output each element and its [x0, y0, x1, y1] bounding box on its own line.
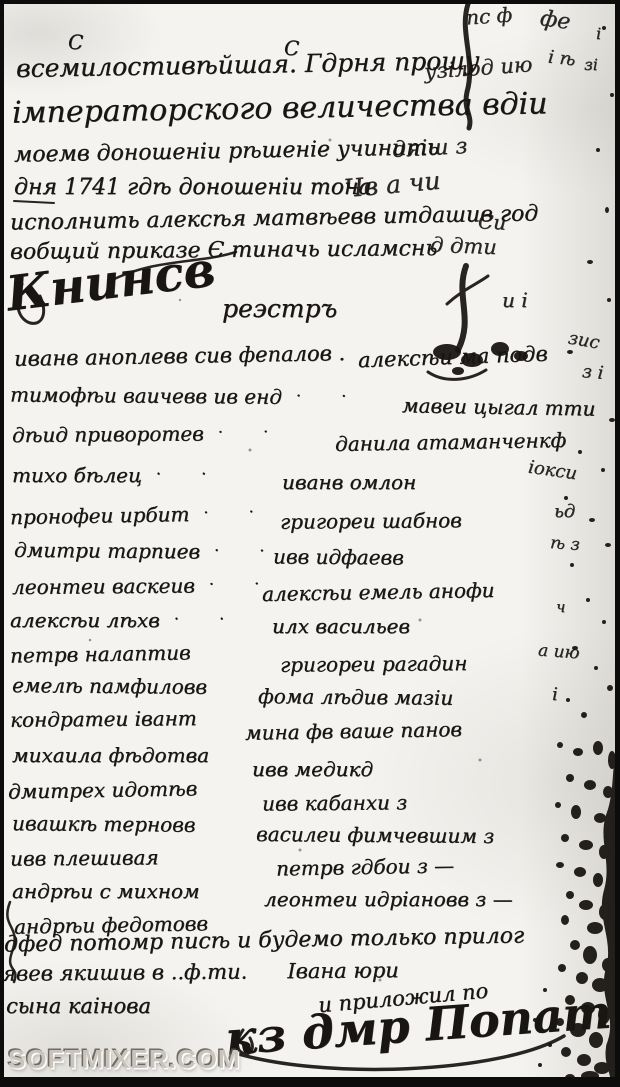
register-left-entry: ивашкѣ терновв: [12, 813, 196, 835]
entry-text: дмитри тарпиев: [14, 538, 200, 564]
margin-note: зі: [584, 57, 598, 73]
entry-text: кондратеи івант: [10, 706, 197, 732]
entry-text: емелѣ памфиловв: [12, 673, 207, 699]
leader-dots: · ·: [174, 609, 234, 628]
entry-text: леонтеи васкеив: [12, 574, 195, 600]
leader-dots: · ·: [156, 464, 216, 483]
margin-note: фе: [539, 8, 572, 34]
register-left-entry: андрѣи с михном: [12, 881, 200, 901]
closing-line: явев якишив в ..ф.ти. Івана юри: [2, 960, 399, 984]
margin-note: и і: [502, 290, 528, 310]
entry-text: тимофѣи ваичевв ив енд: [10, 382, 282, 408]
margin-note: Си: [477, 211, 506, 232]
register-left-entry: иванв аноплевв сив фепалов .: [14, 343, 345, 370]
register-right-entry: мина фв ваше панов: [245, 719, 462, 743]
margin-note: зис: [567, 329, 601, 352]
register-left-entry: петрв налаптив: [10, 642, 191, 665]
leader-dots: · ·: [214, 541, 275, 561]
petition-line: всемилостивѣйшая. Гдрня прошу: [16, 48, 480, 81]
entry-text: тихо бѣлец: [12, 463, 142, 487]
register-right-entry: данила атаманченкф: [335, 430, 567, 454]
margin-note: д дти: [430, 235, 497, 258]
register-right-entry: иванв омлон: [282, 472, 416, 492]
register-left-entry: дѣид приворотев· ·: [12, 423, 278, 445]
watermark: SOFTMIXER.COM: [8, 1044, 241, 1075]
register-left-entry: тимофѣи ваичевв ив енд· ·: [10, 384, 356, 407]
register-left-entry: дмитрех идотѣв: [8, 778, 198, 801]
margin-note: дяіш з: [391, 136, 467, 162]
register-right-entry: ивв медикд: [252, 759, 373, 779]
entry-text: алексѣи лѣхв: [10, 608, 160, 632]
register-left-entry: емелѣ памфиловв: [12, 675, 207, 697]
register-right-entry: алексѣи емель анофи: [262, 580, 495, 604]
entry-text: петрв налаптив: [10, 640, 191, 667]
register-title: реэстръ: [222, 296, 337, 321]
register-left-entry: ивв плешивая: [10, 847, 159, 868]
register-left-entry: кондратеи івант: [10, 708, 197, 730]
leader-dots: · ·: [203, 502, 264, 522]
margin-note: ьд: [554, 503, 575, 521]
register-right-entry: мавеи цыгал тти: [402, 395, 596, 418]
entry-text: дѣид приворотев: [12, 421, 204, 447]
margin-note: і: [596, 26, 601, 42]
register-right-entry: петрв гдбои з —: [276, 855, 454, 878]
register-right-entry: фома лѣдив мазіи: [258, 686, 453, 708]
register-right-entry: илх васильев: [272, 616, 410, 636]
register-left-entry: дмитри тарпиев· ·: [14, 540, 275, 562]
margin-note: ч: [556, 600, 565, 615]
superscript-letter: С: [68, 32, 83, 52]
register-right-entry: григореи рагадин: [280, 653, 467, 675]
register-right-entry: ивв идфаевв: [273, 546, 404, 567]
margin-note: і: [552, 686, 558, 704]
leader-dots: · ·: [296, 386, 357, 406]
entry-text: пронофеи ирбит: [10, 502, 190, 529]
margin-note: а ию: [537, 643, 580, 663]
margin-note: з і: [581, 363, 604, 383]
register-right-entry: григореи шабнов: [280, 510, 462, 532]
margin-note: і ѣ: [547, 49, 576, 70]
register-left-entry: леонтеи васкеив· ·: [12, 575, 269, 597]
entry-text: андрѣи с михном: [12, 879, 200, 903]
register-left-entry: алексѣи лѣхв· ·: [10, 610, 234, 630]
entry-text: ивв плешивая: [10, 845, 159, 870]
register-right-entry: василеи фимчевшим з: [256, 824, 494, 846]
entry-text: ивашкѣ терновв: [12, 811, 196, 837]
leader-dots: · ·: [218, 422, 279, 442]
petition-line: дня 1741 гдѣ доношеніи тона: [14, 177, 372, 199]
margin-note: ѣ з: [549, 535, 580, 554]
register-right-entry: ивв кабанхи з: [262, 792, 407, 813]
manuscript-scan-page: С С всемилостивѣйшая. Гдрня прошу імпера…: [0, 0, 620, 1087]
leader-dots: · ·: [209, 574, 270, 594]
register-left-entry: михаила фѣдотва: [12, 745, 209, 765]
register-left-entry: тихо бѣлец· ·: [12, 465, 216, 485]
entry-text: михаила фѣдотва: [12, 743, 209, 767]
register-right-entry: леонтеи идріановв з —: [264, 889, 513, 909]
closing-line: сына каінова: [6, 996, 151, 1017]
margin-note: пс ф: [465, 4, 512, 27]
entry-text: дмитрех идотѣв: [8, 776, 198, 803]
